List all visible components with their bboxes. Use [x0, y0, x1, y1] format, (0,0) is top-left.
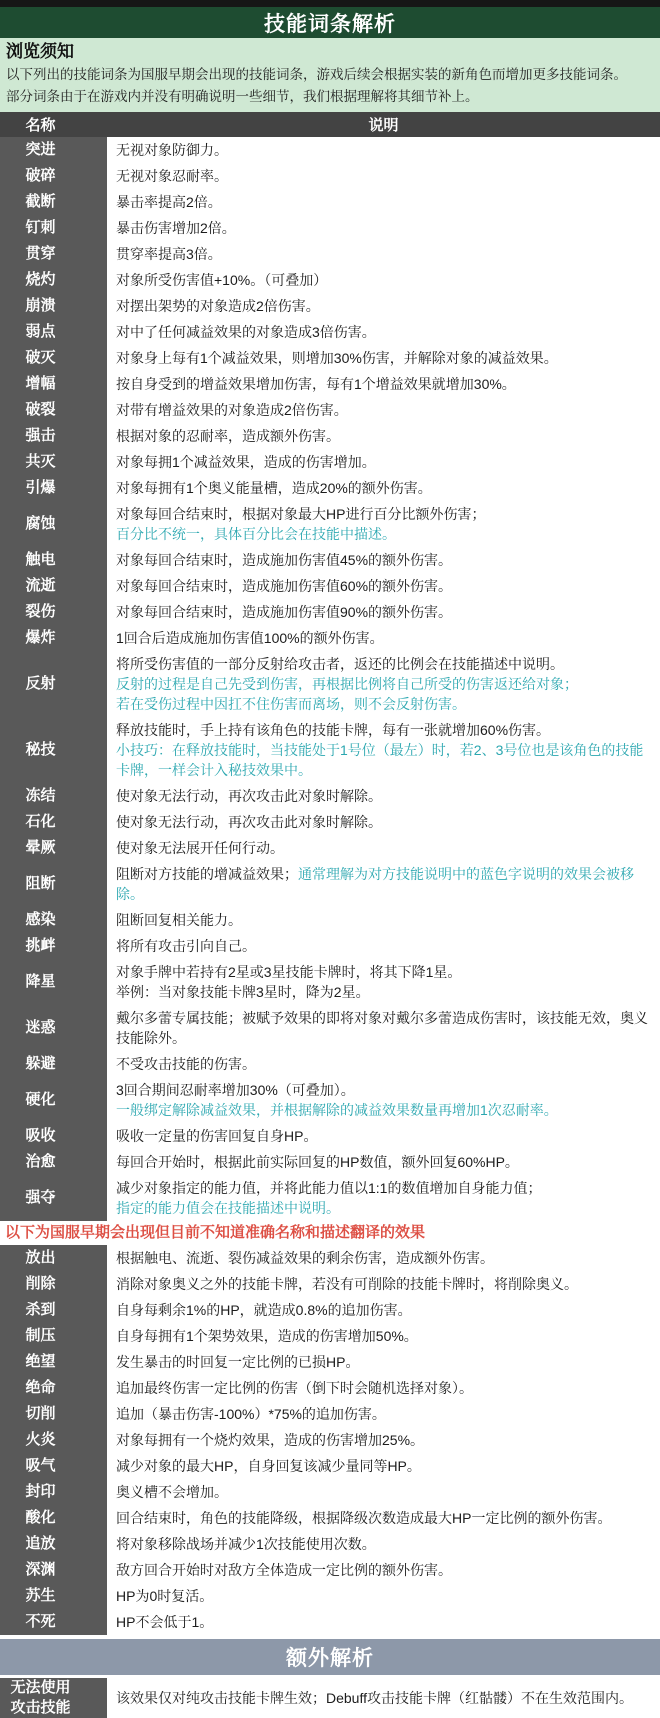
notice-line-1: 以下列出的技能词条为国服早期会出现的技能词条，游戏后续会根据实装的新角色而增加更… [6, 64, 652, 86]
table-row: 引爆对象每拥有1个奥义能量槽，造成20%的额外伤害。 [0, 475, 660, 501]
table-row: 吸气减少对象的最大HP，自身回复该减少量同等HP。 [0, 1453, 660, 1479]
skill-name: 突进 [0, 137, 107, 163]
table-row: 吸收吸收一定量的伤害回复自身HP。 [0, 1123, 660, 1149]
unknown-section-note: 以下为国服早期会出现但目前不知道准确名称和描述翻译的效果 [0, 1221, 660, 1245]
skill-name: 弱点 [0, 319, 107, 345]
table-row: 阻断阻断对方技能的增减益效果；通常理解为对方技能说明中的蓝色字说明的效果会被移除… [0, 861, 660, 907]
skill-description: 对象所受伤害值+10%。（可叠加） [107, 267, 660, 293]
skill-name: 火炎 [0, 1427, 107, 1453]
skill-name: 裂伤 [0, 599, 107, 625]
skill-description: 敌方回合开始时对敌方全体造成一定比例的额外伤害。 [107, 1557, 660, 1583]
skill-name: 触电 [0, 547, 107, 573]
skill-description: 发生暴击的时回复一定比例的已损HP。 [107, 1349, 660, 1375]
skill-rows-unknown: 放出根据触电、流逝、裂伤减益效果的剩余伤害，造成额外伤害。削除消除对象奥义之外的… [0, 1245, 660, 1635]
skill-description: 每回合开始时，根据此前实际回复的HP数值，额外回复60%HP。 [107, 1149, 660, 1175]
table-row: 晕厥使对象无法展开任何行动。 [0, 835, 660, 861]
skill-name: 强击 [0, 423, 107, 449]
skill-description: 对中了任何减益效果的对象造成3倍伤害。 [107, 319, 660, 345]
skill-description: 对象每拥1个减益效果，造成的伤害增加。 [107, 449, 660, 475]
skill-description: 对摆出架势的对象造成2倍伤害。 [107, 293, 660, 319]
skill-description: 该效果仅对纯攻击技能卡牌生效；Debuff攻击技能卡牌（红骷髅）不在生效范围内。 [107, 1678, 660, 1718]
table-row: 放出根据触电、流逝、裂伤减益效果的剩余伤害，造成额外伤害。 [0, 1245, 660, 1271]
skill-description: 根据触电、流逝、裂伤减益效果的剩余伤害，造成额外伤害。 [107, 1245, 660, 1271]
skill-name: 硬化 [0, 1077, 107, 1123]
skill-description: 暴击率提高2倍。 [107, 189, 660, 215]
page-title: 技能词条解析 [264, 8, 396, 38]
skill-description: 对象手牌中若持有2星或3星技能卡牌时，将其下降1星。举例：当对象技能卡牌3星时，… [107, 959, 660, 1005]
skill-description: 无视对象防御力。 [107, 137, 660, 163]
skill-name: 秘技 [0, 717, 107, 783]
table-row: 火炎对象每拥有一个烧灼效果，造成的伤害增加25%。 [0, 1427, 660, 1453]
skill-description: 消除对象奥义之外的技能卡牌，若没有可削除的技能卡牌时，将削除奥义。 [107, 1271, 660, 1297]
skill-name: 苏生 [0, 1583, 107, 1609]
table-row: 共灭对象每拥1个减益效果，造成的伤害增加。 [0, 449, 660, 475]
skill-description: 使对象无法行动，再次攻击此对象时解除。 [107, 783, 660, 809]
skill-name: 放出 [0, 1245, 107, 1271]
table-row: 秘技释放技能时，手上持有该角色的技能卡牌，每有一张就增加60%伤害。小技巧：在释… [0, 717, 660, 783]
skill-description: 追加最终伤害一定比例的伤害（倒下时会随机选择对象）。 [107, 1375, 660, 1401]
notice-heading: 浏览须知 [6, 40, 652, 64]
skill-description: HP不会低于1。 [107, 1609, 660, 1635]
table-row: 破灭对象身上每有1个减益效果，则增加30%伤害，并解除对象的减益效果。 [0, 345, 660, 371]
skill-description: 奥义槽不会增加。 [107, 1479, 660, 1505]
skill-description: 自身每剩余1%的HP，就造成0.8%的追加伤害。 [107, 1297, 660, 1323]
skill-description: 将对象移除战场并减少1次技能使用次数。 [107, 1531, 660, 1557]
skill-name: 降星 [0, 959, 107, 1005]
table-row: 不死HP不会低于1。 [0, 1609, 660, 1635]
table-row: 增幅按自身受到的增益效果增加伤害，每有1个增益效果就增加30%。 [0, 371, 660, 397]
skill-name: 破灭 [0, 345, 107, 371]
skill-description: 释放技能时，手上持有该角色的技能卡牌，每有一张就增加60%伤害。小技巧：在释放技… [107, 717, 660, 783]
skill-name: 共灭 [0, 449, 107, 475]
skill-name: 躲避 [0, 1051, 107, 1077]
skill-name: 截断 [0, 189, 107, 215]
skill-glossary-page: 技能词条解析 浏览须知 以下列出的技能词条为国服早期会出现的技能词条，游戏后续会… [0, 0, 660, 1718]
table-row: 烧灼对象所受伤害值+10%。（可叠加） [0, 267, 660, 293]
skill-name: 晕厥 [0, 835, 107, 861]
skill-description: 对象每回合结束时，根据对象最大HP进行百分比额外伤害；百分比不统一，具体百分比会… [107, 501, 660, 547]
skill-rows-extra: 无法使用 攻击技能该效果仅对纯攻击技能卡牌生效；Debuff攻击技能卡牌（红骷髅… [0, 1678, 660, 1718]
skill-name: 腐蚀 [0, 501, 107, 547]
table-row: 冻结使对象无法行动，再次攻击此对象时解除。 [0, 783, 660, 809]
skill-description: 自身每拥有1个架势效果，造成的伤害增加50%。 [107, 1323, 660, 1349]
table-header-row: 名称 说明 [0, 112, 660, 137]
table-row: 苏生HP为0时复活。 [0, 1583, 660, 1609]
skill-name: 削除 [0, 1271, 107, 1297]
skill-description: 不受攻击技能的伤害。 [107, 1051, 660, 1077]
skill-name: 挑衅 [0, 933, 107, 959]
skill-rows-main: 突进无视对象防御力。破碎无视对象忍耐率。截断暴击率提高2倍。钉刺暴击伤害增加2倍… [0, 137, 660, 1221]
table-row: 裂伤对象每回合结束时，造成施加伤害值90%的额外伤害。 [0, 599, 660, 625]
skill-name: 切削 [0, 1401, 107, 1427]
skill-description: 无视对象忍耐率。 [107, 163, 660, 189]
table-row: 迷惑戴尔多蕾专属技能；被赋予效果的即将对象对戴尔多蕾造成伤害时，该技能无效，奥义… [0, 1005, 660, 1051]
skill-description: 按自身受到的增益效果增加伤害，每有1个增益效果就增加30%。 [107, 371, 660, 397]
skill-description: 根据对象的忍耐率，造成额外伤害。 [107, 423, 660, 449]
skill-name: 贯穿 [0, 241, 107, 267]
table-row: 切削追加（暴击伤害-100%）*75%的追加伤害。 [0, 1401, 660, 1427]
skill-name: 崩溃 [0, 293, 107, 319]
skill-name: 破碎 [0, 163, 107, 189]
skill-description: 3回合期间忍耐率增加30%（可叠加）。一般绑定解除减益效果，并根据解除的减益效果… [107, 1077, 660, 1123]
table-row: 崩溃对摆出架势的对象造成2倍伤害。 [0, 293, 660, 319]
skill-name: 绝望 [0, 1349, 107, 1375]
skill-description: 1回合后造成施加伤害值100%的额外伤害。 [107, 625, 660, 651]
table-header-description: 说明 [107, 114, 660, 135]
skill-name: 引爆 [0, 475, 107, 501]
table-row: 治愈每回合开始时，根据此前实际回复的HP数值，额外回复60%HP。 [0, 1149, 660, 1175]
skill-name: 杀到 [0, 1297, 107, 1323]
table-row: 反射将所受伤害值的一部分反射给攻击者，返还的比例会在技能描述中说明。反射的过程是… [0, 651, 660, 717]
skill-description: 戴尔多蕾专属技能；被赋予效果的即将对象对戴尔多蕾造成伤害时，该技能无效，奥义技能… [107, 1005, 660, 1051]
table-row: 深渊敌方回合开始时对敌方全体造成一定比例的额外伤害。 [0, 1557, 660, 1583]
table-row: 石化使对象无法行动，再次攻击此对象时解除。 [0, 809, 660, 835]
skill-name: 流逝 [0, 573, 107, 599]
skill-name: 不死 [0, 1609, 107, 1635]
skill-name: 感染 [0, 907, 107, 933]
table-row: 破裂对带有增益效果的对象造成2倍伤害。 [0, 397, 660, 423]
skill-description: 减少对象的最大HP，自身回复该减少量同等HP。 [107, 1453, 660, 1479]
extra-section-title: 额外解析 [286, 1642, 374, 1672]
table-row: 追放将对象移除战场并减少1次技能使用次数。 [0, 1531, 660, 1557]
skill-description: 吸收一定量的伤害回复自身HP。 [107, 1123, 660, 1149]
table-row: 强夺减少对象指定的能力值，并将此能力值以1:1的数值增加自身能力值；指定的能力值… [0, 1175, 660, 1221]
skill-name: 追放 [0, 1531, 107, 1557]
skill-name: 爆炸 [0, 625, 107, 651]
skill-name: 制压 [0, 1323, 107, 1349]
table-row: 硬化3回合期间忍耐率增加30%（可叠加）。一般绑定解除减益效果，并根据解除的减益… [0, 1077, 660, 1123]
skill-name: 绝命 [0, 1375, 107, 1401]
skill-name: 封印 [0, 1479, 107, 1505]
table-row: 钉刺暴击伤害增加2倍。 [0, 215, 660, 241]
skill-name: 治愈 [0, 1149, 107, 1175]
table-row: 弱点对中了任何减益效果的对象造成3倍伤害。 [0, 319, 660, 345]
table-row: 躲避不受攻击技能的伤害。 [0, 1051, 660, 1077]
table-row: 贯穿贯穿率提高3倍。 [0, 241, 660, 267]
skill-description: HP为0时复活。 [107, 1583, 660, 1609]
skill-description: 阻断回复相关能力。 [107, 907, 660, 933]
skill-name: 无法使用 攻击技能 [0, 1678, 107, 1718]
table-row: 截断暴击率提高2倍。 [0, 189, 660, 215]
skill-description: 阻断对方技能的增减益效果；通常理解为对方技能说明中的蓝色字说明的效果会被移除。 [107, 861, 660, 907]
table-row: 腐蚀对象每回合结束时，根据对象最大HP进行百分比额外伤害；百分比不统一，具体百分… [0, 501, 660, 547]
table-row: 制压自身每拥有1个架势效果，造成的伤害增加50%。 [0, 1323, 660, 1349]
table-row: 绝望发生暴击的时回复一定比例的已损HP。 [0, 1349, 660, 1375]
table-row: 降星对象手牌中若持有2星或3星技能卡牌时，将其下降1星。举例：当对象技能卡牌3星… [0, 959, 660, 1005]
notice-line-2: 部分词条由于在游戏内并没有明确说明一些细节，我们根据理解将其细节补上。 [6, 86, 652, 108]
skill-name: 破裂 [0, 397, 107, 423]
skill-name: 石化 [0, 809, 107, 835]
skill-description: 贯穿率提高3倍。 [107, 241, 660, 267]
skill-name: 钉刺 [0, 215, 107, 241]
skill-description: 对带有增益效果的对象造成2倍伤害。 [107, 397, 660, 423]
table-row: 突进无视对象防御力。 [0, 137, 660, 163]
table-row: 流逝对象每回合结束时，造成施加伤害值60%的额外伤害。 [0, 573, 660, 599]
skill-name: 反射 [0, 651, 107, 717]
skill-description: 对象每拥有1个奥义能量槽，造成20%的额外伤害。 [107, 475, 660, 501]
skill-name: 吸收 [0, 1123, 107, 1149]
page-title-bar: 技能词条解析 [0, 0, 660, 38]
skill-description: 暴击伤害增加2倍。 [107, 215, 660, 241]
skill-description: 将所受伤害值的一部分反射给攻击者，返还的比例会在技能描述中说明。反射的过程是自己… [107, 651, 660, 717]
skill-name: 吸气 [0, 1453, 107, 1479]
skill-name: 增幅 [0, 371, 107, 397]
table-row: 挑衅将所有攻击引向自己。 [0, 933, 660, 959]
skill-name: 强夺 [0, 1175, 107, 1221]
table-row: 杀到自身每剩余1%的HP，就造成0.8%的追加伤害。 [0, 1297, 660, 1323]
skill-name: 酸化 [0, 1505, 107, 1531]
skill-description: 追加（暴击伤害-100%）*75%的追加伤害。 [107, 1401, 660, 1427]
skill-description: 对象每回合结束时，造成施加伤害值90%的额外伤害。 [107, 599, 660, 625]
skill-description: 使对象无法行动，再次攻击此对象时解除。 [107, 809, 660, 835]
skill-description: 使对象无法展开任何行动。 [107, 835, 660, 861]
notice-section: 浏览须知 以下列出的技能词条为国服早期会出现的技能词条，游戏后续会根据实装的新角… [0, 38, 660, 112]
skill-description: 减少对象指定的能力值，并将此能力值以1:1的数值增加自身能力值；指定的能力值会在… [107, 1175, 660, 1221]
table-row: 封印奥义槽不会增加。 [0, 1479, 660, 1505]
table-row: 触电对象每回合结束时，造成施加伤害值45%的额外伤害。 [0, 547, 660, 573]
skill-name: 烧灼 [0, 267, 107, 293]
table-row: 酸化回合结束时，角色的技能降级，根据降级次数造成最大HP一定比例的额外伤害。 [0, 1505, 660, 1531]
skill-description: 将所有攻击引向自己。 [107, 933, 660, 959]
skill-name: 深渊 [0, 1557, 107, 1583]
table-row: 削除消除对象奥义之外的技能卡牌，若没有可削除的技能卡牌时，将削除奥义。 [0, 1271, 660, 1297]
skill-description: 对象每回合结束时，造成施加伤害值45%的额外伤害。 [107, 547, 660, 573]
table-row: 爆炸1回合后造成施加伤害值100%的额外伤害。 [0, 625, 660, 651]
table-row: 破碎无视对象忍耐率。 [0, 163, 660, 189]
table-row: 感染阻断回复相关能力。 [0, 907, 660, 933]
skill-description: 对象每拥有一个烧灼效果，造成的伤害增加25%。 [107, 1427, 660, 1453]
table-row: 强击根据对象的忍耐率，造成额外伤害。 [0, 423, 660, 449]
table-header-name: 名称 [0, 114, 107, 135]
table-row: 无法使用 攻击技能该效果仅对纯攻击技能卡牌生效；Debuff攻击技能卡牌（红骷髅… [0, 1678, 660, 1718]
skill-name: 冻结 [0, 783, 107, 809]
skill-name: 阻断 [0, 861, 107, 907]
skill-description: 对象每回合结束时，造成施加伤害值60%的额外伤害。 [107, 573, 660, 599]
skill-description: 回合结束时，角色的技能降级，根据降级次数造成最大HP一定比例的额外伤害。 [107, 1505, 660, 1531]
skill-name: 迷惑 [0, 1005, 107, 1051]
table-row: 绝命追加最终伤害一定比例的伤害（倒下时会随机选择对象）。 [0, 1375, 660, 1401]
skill-description: 对象身上每有1个减益效果，则增加30%伤害，并解除对象的减益效果。 [107, 345, 660, 371]
extra-section-bar: 额外解析 [0, 1639, 660, 1675]
